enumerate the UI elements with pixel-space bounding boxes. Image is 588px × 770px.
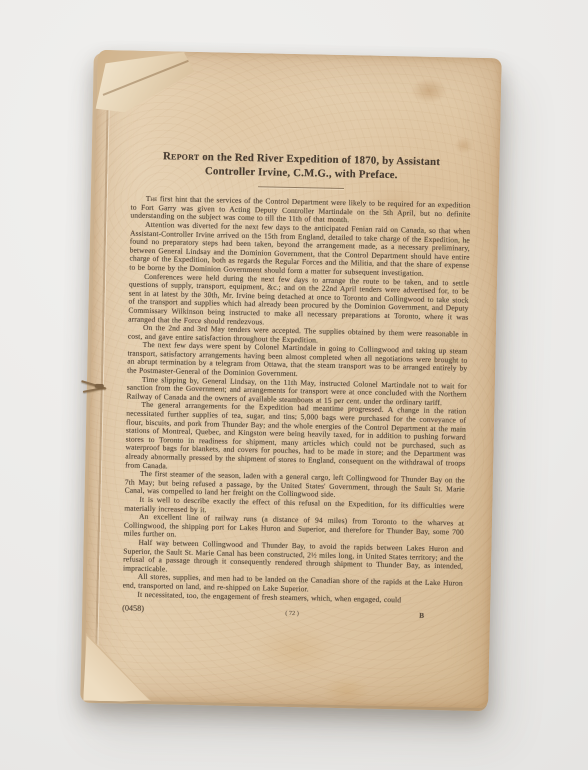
title-lead-word: Report	[163, 150, 200, 163]
page-footer: (0458) ( 72 ) B	[122, 604, 462, 625]
body-paragraph: Attention was diverted for the next few …	[129, 221, 470, 280]
paragraph-text: Conferences were held during the next fe…	[128, 271, 469, 325]
paragraph-text: The next few days were spent by Colonel …	[127, 340, 468, 378]
footer-page-number: ( 72 )	[285, 610, 299, 617]
footer-signature-mark: B	[419, 611, 424, 620]
title-rule	[258, 186, 344, 189]
paper-sheet: Report on the Red River Expedition of 18…	[84, 50, 502, 708]
paragraph-text: Half way between Collingwood and Thunder…	[123, 538, 464, 573]
stitch-knot	[81, 378, 115, 399]
binding-thread	[94, 56, 109, 692]
body-paragraph: Conferences were held during the next fe…	[128, 272, 469, 331]
title-rest: on the Red River Expedition of 1870, by …	[199, 151, 440, 181]
paragraph-text: Attention was diverted for the next few …	[129, 220, 470, 278]
thread-knot	[95, 384, 104, 388]
photo-background: { "photo": { "background_color": "#ebeae…	[0, 0, 588, 770]
photo-scene: Report on the Red River Expedition of 18…	[0, 0, 588, 770]
footer-print-code: (0458)	[122, 604, 144, 613]
paragraph-text: The general arrangements for the Expedit…	[125, 400, 466, 470]
page-title: Report on the Red River Expedition of 18…	[141, 150, 461, 184]
page-content: Report on the Red River Expedition of 18…	[122, 51, 474, 625]
body-paragraph: The general arrangements for the Expedit…	[125, 401, 466, 477]
body-text: The first hint that the services of the …	[122, 195, 470, 606]
